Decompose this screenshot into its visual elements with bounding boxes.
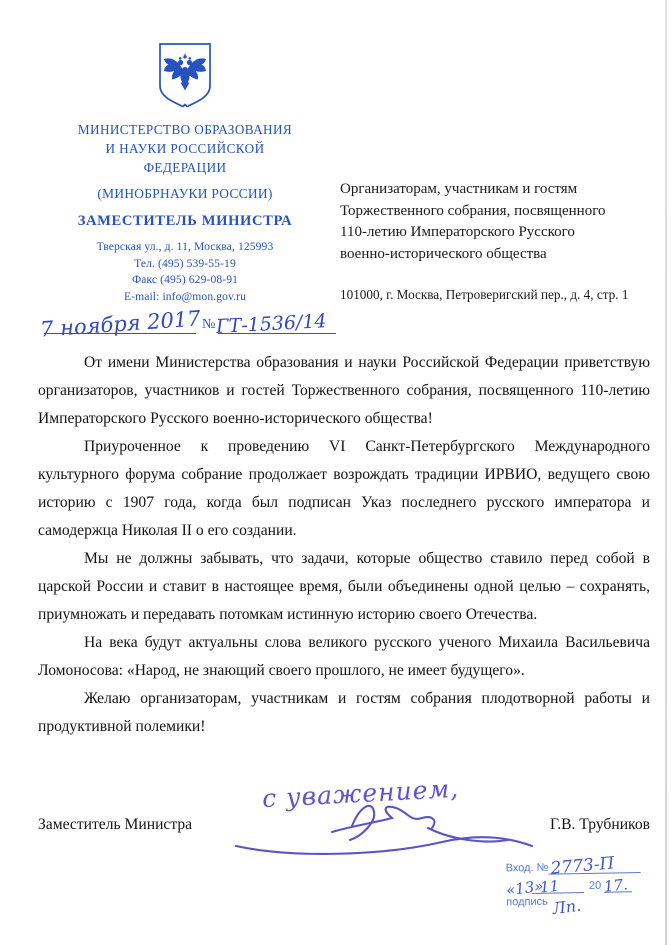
addressee-line3: 110-летию Императорского Русского [340, 222, 660, 244]
date-underline: 7 ноября 2017 [44, 304, 196, 334]
addressee-block: Организаторам, участникам и гостям Торже… [340, 179, 660, 265]
contact-fax: Факс (495) 629-08-91 [36, 272, 334, 289]
ministry-name-line1: МИНИСТЕРСТВО ОБРАЗОВАНИЯ [36, 120, 334, 139]
paragraph-1: От имени Министерства образования и наук… [38, 349, 650, 433]
handwritten-outgoing-number: ГТ-1536/14 [216, 310, 328, 338]
stamp-number-underline: 2773-П [548, 857, 640, 875]
paragraph-3: Мы не должны забывать, что задачи, котор… [38, 545, 650, 629]
letter-body: От имени Министерства образования и наук… [38, 349, 650, 741]
stamp-handwritten-initials: Лп. [551, 896, 582, 918]
addressee-line1: Организаторам, участникам и гостям [340, 179, 660, 201]
stamp-month-underline: 11 [532, 877, 584, 894]
incoming-stamp: Вход. № 2773-П «13» 11 20 17. подпись Лп… [505, 857, 668, 921]
signer-name: Г.В. Трубников [550, 816, 650, 834]
signer-position: Заместитель Министра [38, 816, 192, 834]
stamp-sign-row: подпись Лп. [506, 894, 668, 921]
handwritten-date: 7 ноября 2017 [39, 306, 201, 341]
number-underline: ГТ-1536/14 [218, 304, 336, 334]
ministry-name-line2: И НАУКИ РОССИЙСКОЙ [36, 139, 334, 158]
paragraph-2: Приуроченное к проведению VI Санкт-Петер… [38, 433, 650, 545]
addressee-postal-address: 101000, г. Москва, Петроверигский пер., … [340, 287, 660, 303]
coat-of-arms-icon [157, 42, 213, 110]
stamp-year-prefix: 20 [584, 880, 604, 893]
reference-line: 7 ноября 2017 № ГТ-1536/14 [44, 300, 344, 334]
addressee-line4: военно-исторического общества [340, 244, 660, 266]
letterhead: МИНИСТЕРСТВО ОБРАЗОВАНИЯ И НАУКИ РОССИЙС… [36, 42, 334, 305]
ministry-name-line3: ФЕДЕРАЦИИ [36, 158, 334, 177]
stamp-number-row: Вход. № 2773-П [505, 857, 667, 876]
stamp-handwritten-number: 2773-П [550, 853, 615, 878]
contact-phone: Тел. (495) 539-55-19 [36, 256, 334, 273]
stamp-date-row: «13» 11 20 17. [506, 876, 668, 895]
ministry-short-name: (МИНОБРНАУКИ РОССИИ) [36, 186, 334, 202]
stamp-year-underline: 17. [604, 876, 632, 892]
letter-page: МИНИСТЕРСТВО ОБРАЗОВАНИЯ И НАУКИ РОССИЙС… [0, 0, 671, 945]
paragraph-5: Желаю организаторам, участникам и гостям… [38, 685, 650, 741]
page-edge-shadow [665, 0, 667, 945]
contact-address: Тверская ул., д. 11, Москва, 125993 [36, 239, 334, 256]
stamp-day-slot: «13» [506, 878, 532, 894]
addressee-line2: Торжественного собрания, посвященного [340, 201, 660, 223]
stamp-handwritten-month: 11 [539, 877, 560, 897]
sender-position-title: ЗАМЕСТИТЕЛЬ МИНИСТРА [36, 213, 334, 230]
stamp-number-label: Вход. № [506, 862, 549, 876]
signature-row: Заместитель Министра Г.В. Трубников [38, 816, 650, 834]
paragraph-4: На века будут актуальны слова великого р… [38, 629, 650, 685]
stamp-sign-label: подпись [506, 896, 548, 910]
contacts-block: Тверская ул., д. 11, Москва, 125993 Тел.… [36, 239, 334, 305]
stamp-handwritten-year: 17. [603, 875, 629, 895]
